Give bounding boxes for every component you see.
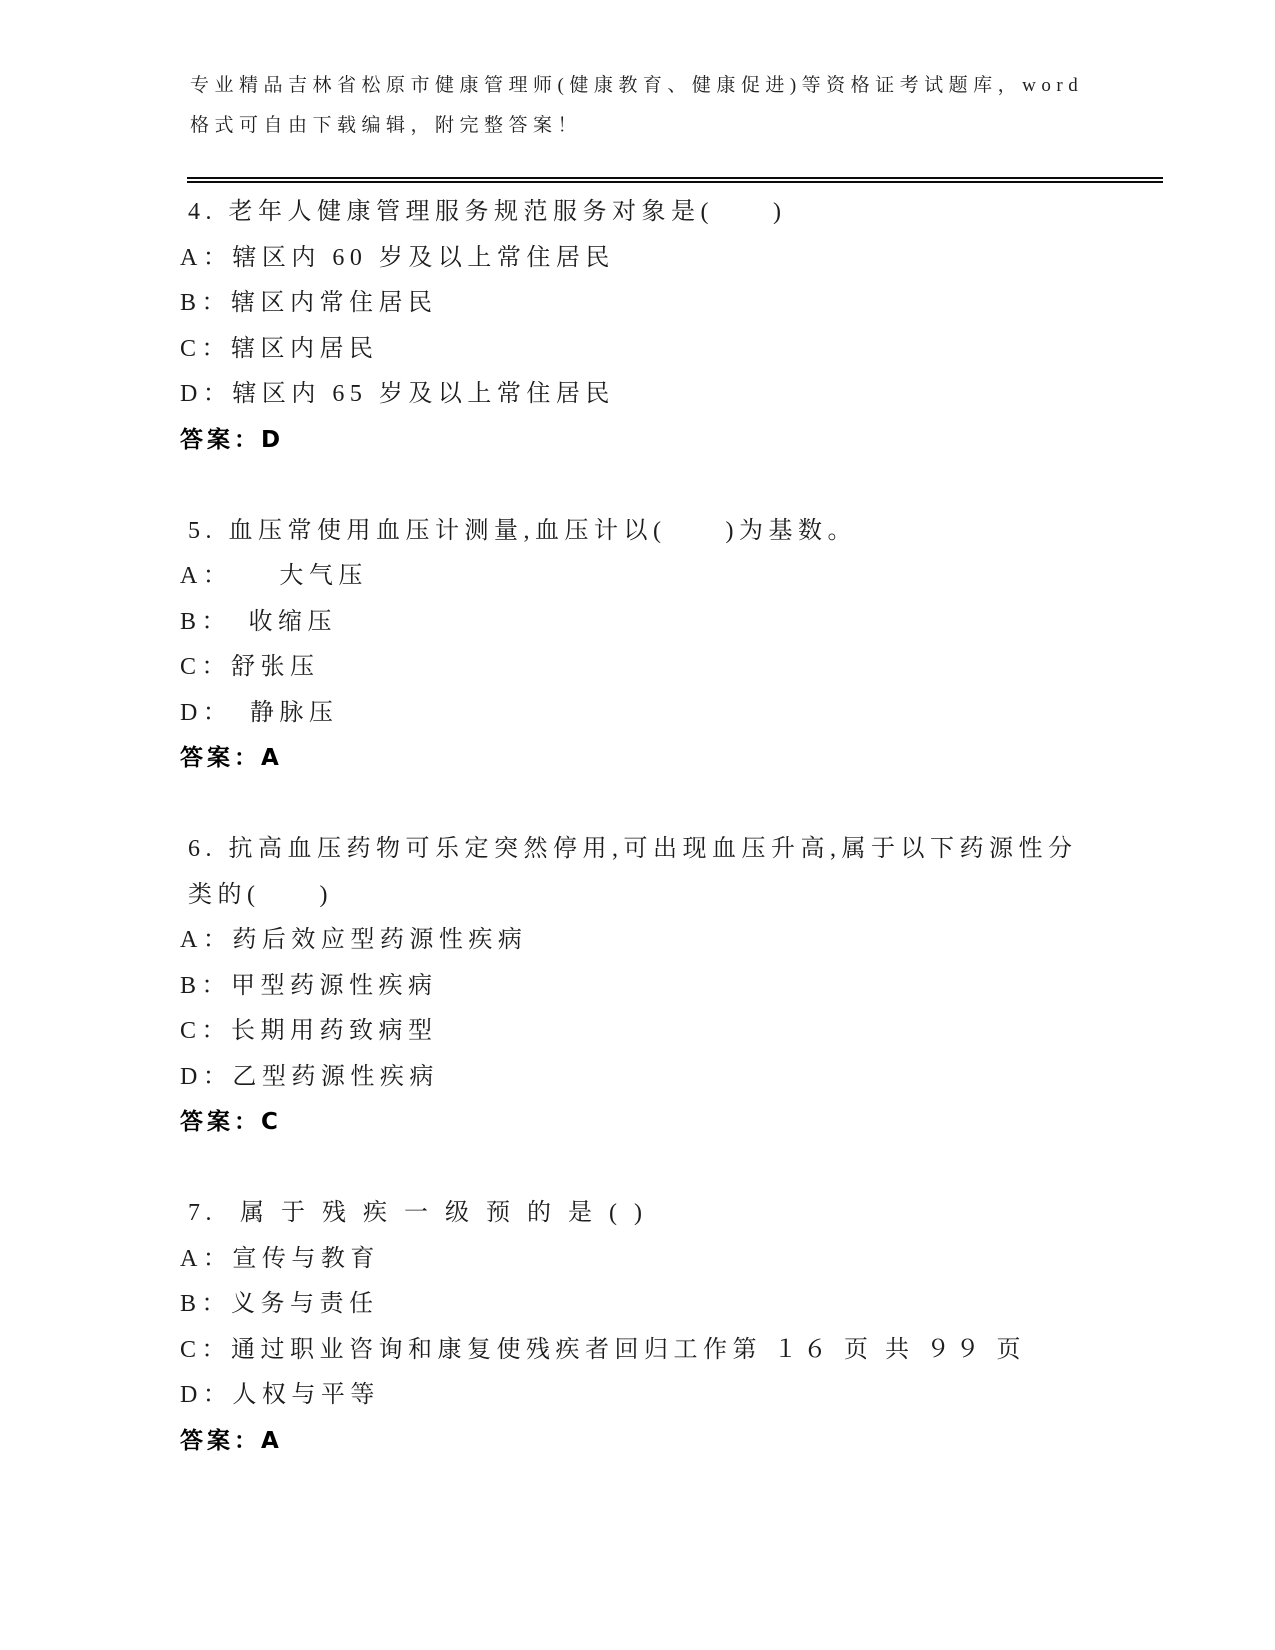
question-stem: 5. 血压常使用血压计测量,血压计以( )为基数。	[180, 509, 1100, 555]
option-a: A：宣传与教育	[180, 1237, 1100, 1283]
option-d: D：人权与平等	[180, 1373, 1100, 1419]
header-divider-rule	[187, 177, 1163, 183]
option-b: B： 收缩压	[180, 600, 1100, 646]
document-body: 4. 老年人健康管理服务规范服务对象是( ) A：辖区内 60 岁及以上常住居民…	[180, 190, 1100, 1464]
answer-line: 答案：C	[180, 1100, 1100, 1146]
option-b: B：甲型药源性疾病	[180, 964, 1100, 1010]
option-d: D：辖区内 65 岁及以上常住居民	[180, 372, 1100, 418]
answer-line: 答案：A	[180, 736, 1100, 782]
option-a: A： 大气压	[180, 554, 1100, 600]
document-page: 专业精品吉林省松原市健康管理师(健康教育、健康促进)等资格证考试题库，word …	[0, 0, 1275, 1650]
question-5: 5. 血压常使用血压计测量,血压计以( )为基数。 A： 大气压 B： 收缩压 …	[180, 509, 1100, 782]
question-stem: 6. 抗高血压药物可乐定突然停用,可出现血压升高,属于以下药源性分	[180, 827, 1100, 873]
question-7: 7. 属 于 残 疾 一 级 预 的 是 ( ) A：宣传与教育 B：义务与责任…	[180, 1191, 1100, 1464]
header-line-1: 专业精品吉林省松原市健康管理师(健康教育、健康促进)等资格证考试题库，word	[190, 66, 1170, 106]
option-d: D：乙型药源性疾病	[180, 1055, 1100, 1101]
option-c: C：通过职业咨询和康复使残疾者回归工作第 １６ 页 共 ９９ 页	[180, 1328, 1100, 1374]
option-d: D： 静脉压	[180, 691, 1100, 737]
question-stem: 7. 属 于 残 疾 一 级 预 的 是 ( )	[180, 1191, 1100, 1237]
option-c: C：辖区内居民	[180, 327, 1100, 373]
question-6: 6. 抗高血压药物可乐定突然停用,可出现血压升高,属于以下药源性分 类的( ) …	[180, 827, 1100, 1146]
question-stem: 4. 老年人健康管理服务规范服务对象是( )	[180, 190, 1100, 236]
answer-line: 答案：A	[180, 1419, 1100, 1465]
option-a: A：药后效应型药源性疾病	[180, 918, 1100, 964]
answer-line: 答案：D	[180, 418, 1100, 464]
option-a: A：辖区内 60 岁及以上常住居民	[180, 236, 1100, 282]
question-4: 4. 老年人健康管理服务规范服务对象是( ) A：辖区内 60 岁及以上常住居民…	[180, 190, 1100, 463]
option-b: B：义务与责任	[180, 1282, 1100, 1328]
header-line-2: 格式可自由下载编辑，附完整答案！	[190, 106, 1170, 146]
option-c: C：舒张压	[180, 645, 1100, 691]
option-b: B：辖区内常住居民	[180, 281, 1100, 327]
page-header: 专业精品吉林省松原市健康管理师(健康教育、健康促进)等资格证考试题库，word …	[190, 66, 1170, 146]
question-stem-continued: 类的( )	[180, 873, 1100, 919]
option-c: C：长期用药致病型	[180, 1009, 1100, 1055]
